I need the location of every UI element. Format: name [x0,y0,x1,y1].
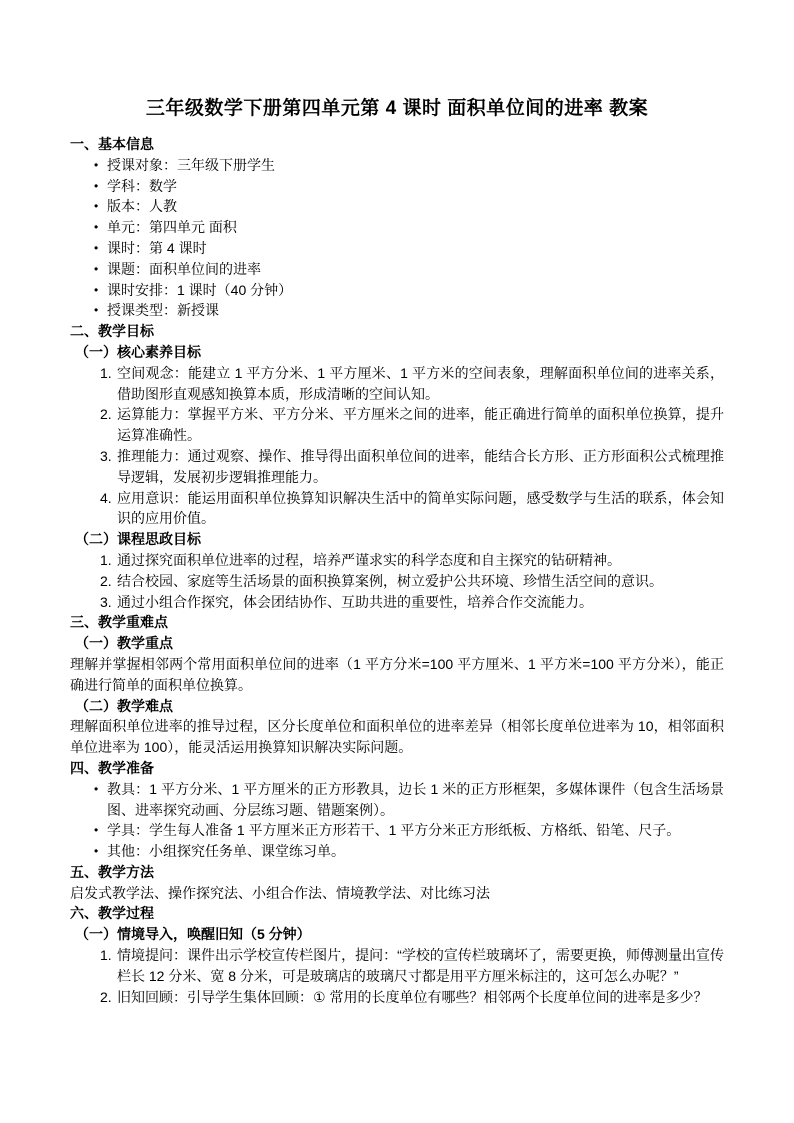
list-item: • 学科：数学 [70,176,724,197]
list-number: 1. [100,363,112,384]
list-item: 1. 空间观念：能建立 1 平方分米、1 平方厘米、1 平方米的空间表象，理解面… [70,363,724,405]
subsection-core-literacy-heading: （一）核心素养目标 [70,342,724,363]
list-item: 4. 应用意识：能运用面积单位换算知识解决生活中的简单实际问题，感受数学与生活的… [70,488,724,530]
list-item-text: 通过探究面积单位进率的过程，培养严谨求实的科学态度和自主探究的钻研精神。 [117,552,621,568]
list-item-text: 推理能力：通过观察、操作、推导得出面积单位间的进率，能结合长方形、正方形面积公式… [117,448,724,485]
bullet-icon: • [94,155,98,176]
section-teaching-methods-heading: 五、教学方法 [70,862,724,883]
list-number: 3. [100,592,112,613]
list-number: 1. [100,945,112,966]
list-item: • 授课对象：三年级下册学生 [70,155,724,176]
list-item-text: 结合校园、家庭等生活场景的面积换算案例，树立爱护公共环境、珍惜生活空间的意识。 [117,573,663,589]
section-teaching-process-heading: 六、教学过程 [70,903,724,924]
list-item-text: 空间观念：能建立 1 平方分米、1 平方厘米、1 平方米的空间表象，理解面积单位… [117,365,724,402]
list-item-text: 运算能力：掌握平方米、平方分米、平方厘米之间的进率，能正确进行简单的面积单位换算… [117,406,724,443]
list-item-text: 授课类型：新授课 [107,302,219,318]
list-number: 1. [100,550,112,571]
list-item: 2. 运算能力：掌握平方米、平方分米、平方厘米之间的进率，能正确进行简单的面积单… [70,404,724,446]
list-item-text: 课题：面积单位间的进率 [107,261,261,277]
section-basic-info-heading: 一、基本信息 [70,134,724,155]
list-item-text: 应用意识：能运用面积单位换算知识解决生活中的简单实际问题，感受数学与生活的联系，… [117,490,724,527]
teaching-methods-paragraph: 启发式教学法、操作探究法、小组合作法、情境教学法、对比练习法 [70,883,724,904]
subsection-difficult-points-heading: （二）教学难点 [70,696,724,717]
bullet-icon: • [94,280,98,301]
bullet-icon: • [94,238,98,259]
bullet-icon: • [94,300,98,321]
list-number: 2. [100,987,112,1008]
list-item: 1. 情境提问：课件出示学校宣传栏图片，提问：“学校的宣传栏玻璃坏了，需要更换，… [70,945,724,987]
list-item-text: 单元：第四单元 面积 [107,219,237,235]
list-item-text: 授课对象：三年级下册学生 [107,157,275,173]
section-teaching-preparation-heading: 四、教学准备 [70,758,724,779]
bullet-icon: • [94,176,98,197]
list-item: • 单元：第四单元 面积 [70,217,724,238]
list-item: • 版本：人教 [70,196,724,217]
difficult-points-paragraph: 理解面积单位进率的推导过程，区分长度单位和面积单位的进率差异（相邻长度单位进率为… [70,716,724,758]
list-number: 4. [100,488,112,509]
list-item: 1. 通过探究面积单位进率的过程，培养严谨求实的科学态度和自主探究的钻研精神。 [70,550,724,571]
document-title: 三年级数学下册第四单元第 4 课时 面积单位间的进率 教案 [70,96,724,122]
list-item-text: 其他：小组探究任务单、课堂练习单。 [107,843,345,859]
list-item: • 其他：小组探究任务单、课堂练习单。 [70,841,724,862]
list-item: 3. 推理能力：通过观察、操作、推导得出面积单位间的进率，能结合长方形、正方形面… [70,446,724,488]
list-item: 2. 旧知回顾：引导学生集体回顾：① 常用的长度单位有哪些？相邻两个长度单位间的… [70,987,724,1008]
list-item: • 课时：第 4 课时 [70,238,724,259]
list-item-text: 课时安排：1 课时（40 分钟） [107,282,292,298]
list-number: 2. [100,571,112,592]
list-item: • 课时安排：1 课时（40 分钟） [70,280,724,301]
list-item-text: 版本：人教 [107,198,177,214]
list-item-text: 旧知回顾：引导学生集体回顾：① 常用的长度单位有哪些？相邻两个长度单位间的进率是… [117,989,707,1005]
subsection-key-points-heading: （一）教学重点 [70,633,724,654]
list-item: • 课题：面积单位间的进率 [70,259,724,280]
list-item: • 授课类型：新授课 [70,300,724,321]
bullet-icon: • [94,820,98,841]
bullet-icon: • [94,217,98,238]
list-item-text: 课时：第 4 课时 [107,240,207,256]
list-item: 3. 通过小组合作探究，体会团结协作、互助共进的重要性，培养合作交流能力。 [70,592,724,613]
bullet-icon: • [94,259,98,280]
section-teaching-goals-heading: 二、教学目标 [70,321,724,342]
subsection-situation-intro-heading: （一）情境导入，唤醒旧知（5 分钟） [70,924,724,945]
list-item-text: 教具：1 平方分米、1 平方厘米的正方形教具，边长 1 米的正方形框架，多媒体课… [107,781,724,818]
list-item-text: 情境提问：课件出示学校宣传栏图片，提问：“学校的宣传栏玻璃坏了，需要更换，师傅测… [117,947,724,984]
document-page: 三年级数学下册第四单元第 4 课时 面积单位间的进率 教案 一、基本信息 • 授… [0,0,794,1123]
list-item: 2. 结合校园、家庭等生活场景的面积换算案例，树立爱护公共环境、珍惜生活空间的意… [70,571,724,592]
bullet-icon: • [94,779,98,800]
subsection-ideology-goals-heading: （二）课程思政目标 [70,529,724,550]
list-item: • 学具：学生每人准备 1 平方厘米正方形若干、1 平方分米正方形纸板、方格纸、… [70,820,724,841]
section-key-difficult-points-heading: 三、教学重难点 [70,612,724,633]
list-number: 3. [100,446,112,467]
bullet-icon: • [94,841,98,862]
bullet-icon: • [94,196,98,217]
list-item: • 教具：1 平方分米、1 平方厘米的正方形教具，边长 1 米的正方形框架，多媒… [70,779,724,821]
list-number: 2. [100,404,112,425]
list-item-text: 通过小组合作探究，体会团结协作、互助共进的重要性，培养合作交流能力。 [117,594,593,610]
list-item-text: 学具：学生每人准备 1 平方厘米正方形若干、1 平方分米正方形纸板、方格纸、铅笔… [107,822,680,838]
key-points-paragraph: 理解并掌握相邻两个常用面积单位间的进率（1 平方分米=100 平方厘米、1 平方… [70,654,724,696]
list-item-text: 学科：数学 [107,178,177,194]
